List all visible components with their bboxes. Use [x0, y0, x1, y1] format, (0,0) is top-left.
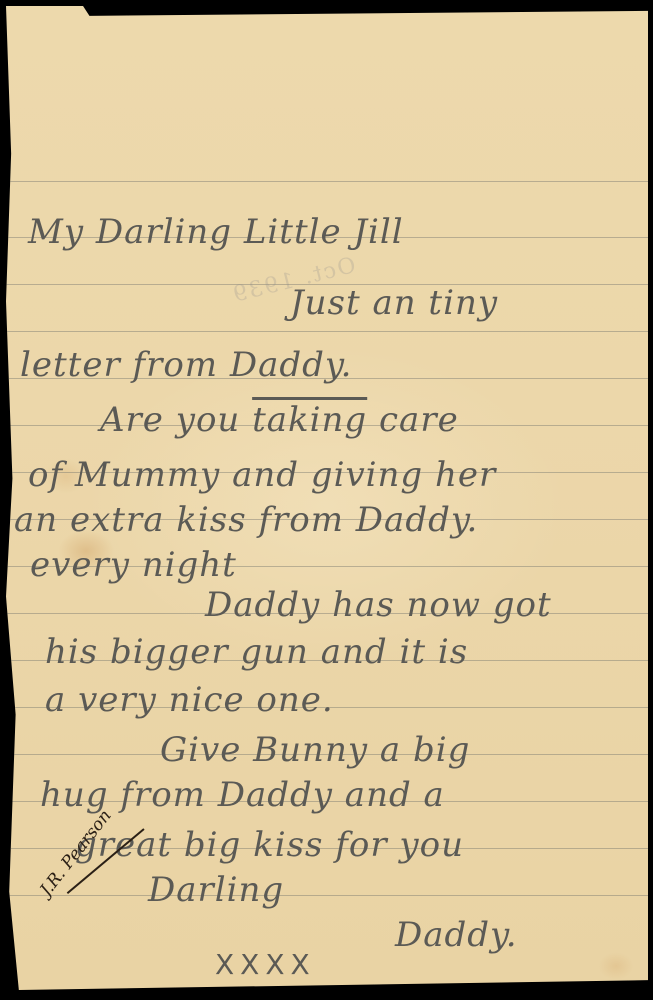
- letter-line: great big kiss for you: [75, 825, 464, 865]
- letter-line: a very nice one.: [45, 680, 334, 720]
- letter-line: Just an tiny: [290, 283, 498, 323]
- letter-word: care: [367, 400, 459, 440]
- letter-line: letter from Daddy.: [20, 345, 352, 385]
- letter-line: an extra kiss from Daddy.: [14, 500, 478, 540]
- letter-word: Are you: [100, 400, 252, 440]
- ruled-line: [6, 895, 648, 896]
- letter-line: Are you taking care: [100, 400, 459, 440]
- signature-daddy: Daddy.: [395, 915, 518, 955]
- letter-line: of Mummy and giving her: [28, 455, 496, 495]
- ruled-line: [6, 181, 648, 182]
- letter-line: Daddy has now got: [205, 585, 552, 625]
- kisses: XXXX: [215, 948, 316, 981]
- ruled-line: [6, 331, 648, 332]
- overlined-word: taking: [252, 400, 367, 440]
- salutation: My Darling Little Jill: [28, 212, 404, 252]
- letter-line: Give Bunny a big: [160, 730, 470, 770]
- closing: Darling: [148, 870, 284, 910]
- letter-line: every night: [30, 545, 237, 585]
- letter-line: his bigger gun and it is: [45, 632, 468, 672]
